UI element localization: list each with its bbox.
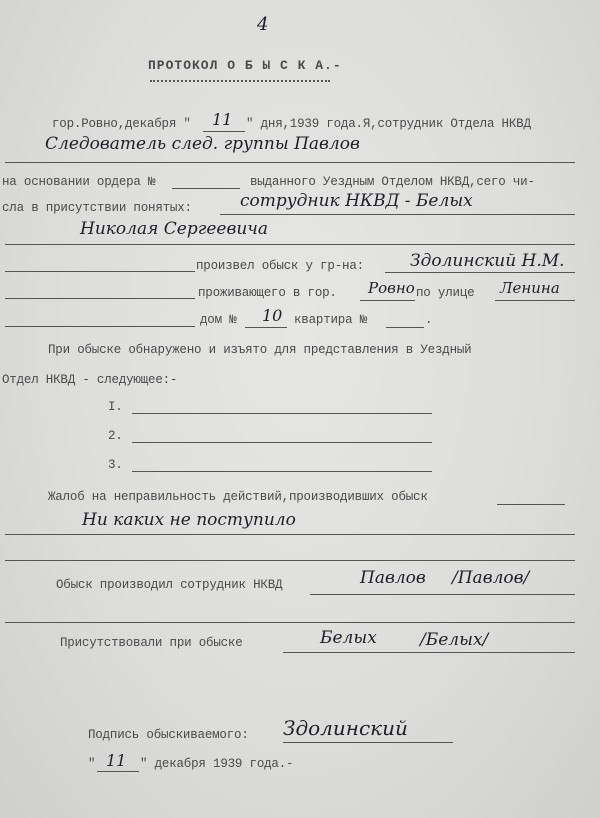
city-handwritten: Ровно (368, 279, 415, 297)
signoff-signature: Здолинский (283, 716, 408, 740)
subject-line (385, 272, 575, 274)
conducted-name: /Павлов/ (452, 568, 529, 588)
street-handwritten: Ленина (500, 279, 560, 297)
present-name: /Белых/ (420, 630, 488, 650)
witness-line-2 (5, 244, 575, 246)
witness-handwritten-2: Николая Сергеевича (80, 219, 268, 239)
page-number: 4 (257, 14, 268, 35)
present-text: Присутствовали при обыске (60, 636, 243, 650)
signoff-line (283, 742, 453, 744)
complaints-line-2 (5, 534, 575, 536)
found-item-1-line (132, 413, 432, 415)
day-line (203, 131, 245, 133)
signoff-day-line (97, 771, 139, 773)
search-line-left-1 (5, 271, 195, 273)
complaints-handwritten: Ни каких не поступило (82, 510, 296, 530)
document-title: ПРОТОКОЛ О Б Ы С К А.- (148, 58, 342, 73)
conducted-text: Обыск производил сотрудник НКВД (56, 578, 282, 592)
search-text-b: проживающего в гор. (198, 286, 337, 300)
intro-city: гор.Ровно,декабря " (52, 117, 191, 131)
found-item-2-label: 2. (108, 429, 123, 443)
found-text-2: Отдел НКВД - следующее:- (2, 373, 177, 387)
present-signature: Белых (320, 628, 377, 648)
search-text-d: дом № (200, 313, 237, 327)
divider-line-2 (5, 622, 575, 624)
complaints-line-1 (497, 504, 565, 506)
found-item-1-label: I. (108, 400, 123, 414)
street-line (495, 300, 575, 302)
witness-line-1 (220, 214, 575, 216)
order-number-line (172, 188, 240, 190)
house-handwritten: 10 (262, 306, 282, 325)
search-line-left-3 (5, 326, 195, 328)
search-text-f: . (425, 313, 432, 327)
witness-handwritten-1: сотрудник НКВД - Белых (240, 191, 473, 211)
house-line (245, 327, 287, 329)
officer-handwritten: Следователь след. группы Павлов (45, 134, 360, 154)
officer-line (5, 162, 575, 164)
present-line (283, 652, 575, 654)
search-text-e: квартира № (294, 313, 367, 327)
found-item-2-line (132, 442, 432, 444)
signoff-date-prefix: " (88, 757, 95, 771)
order-text-c: сла в присутствии понятых: (2, 201, 192, 215)
conducted-signature: Павлов (360, 568, 426, 588)
search-text-c: по улице (416, 286, 474, 300)
complaints-text: Жалоб на неправильность действий,произво… (48, 490, 428, 504)
signoff-date-day: 11 (106, 751, 126, 770)
signoff-date-rest: " декабря 1939 года.- (140, 757, 293, 771)
city-line (360, 300, 415, 302)
found-item-3-line (132, 471, 432, 473)
order-text-a: на основании ордера № (2, 175, 155, 189)
intro-day: 11 (212, 110, 232, 129)
found-text-1: При обыске обнаружено и изъято для предс… (48, 343, 471, 357)
divider-line-1 (5, 560, 575, 562)
apartment-line (386, 327, 424, 329)
search-text-a: произвел обыск у гр-на: (196, 259, 364, 273)
signoff-text: Подпись обыскиваемого: (88, 728, 249, 742)
intro-rest: " дня,1939 года.Я,сотрудник Отдела НКВД (246, 117, 531, 131)
title-underline (150, 80, 330, 82)
document-page: 4 ПРОТОКОЛ О Б Ы С К А.- гор.Ровно,декаб… (0, 0, 600, 818)
conducted-line (310, 594, 575, 596)
subject-handwritten: Здолинский Н.М. (410, 251, 565, 271)
order-text-b: выданного Уездным Отделом НКВД,сего чи- (250, 175, 535, 189)
search-line-left-2 (5, 298, 195, 300)
found-item-3-label: 3. (108, 458, 123, 472)
